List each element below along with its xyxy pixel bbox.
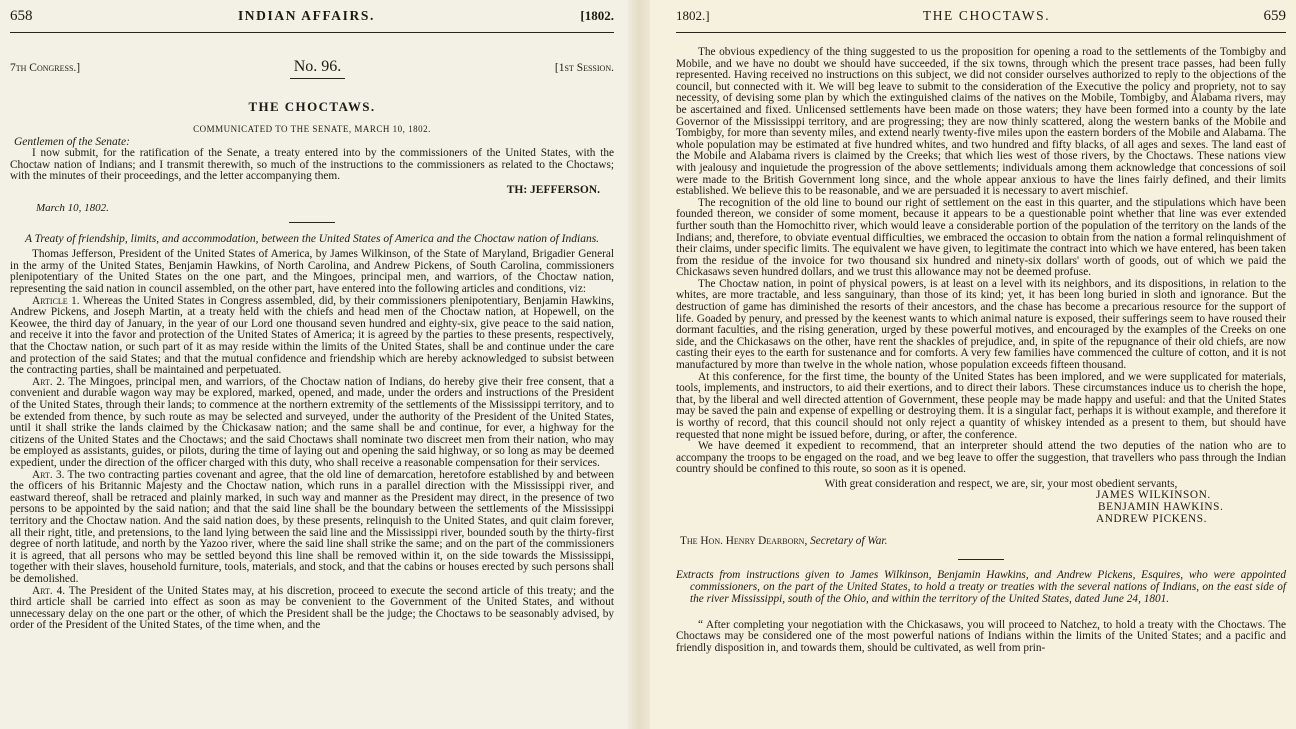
article-text: The two contracting parties covenant and… (10, 469, 614, 585)
addressee: The Hon. Henry Dearborn, Secretary of Wa… (680, 535, 1286, 547)
right-page: 1802.] THE CHOCTAWS. 659 The obvious exp… (650, 0, 1296, 729)
page-number: 658 (10, 8, 33, 25)
left-running-head: 658 INDIAN AFFAIRS. [1802. (10, 0, 614, 30)
article-4: Art. 4. The President of the United Stat… (10, 586, 614, 632)
header-rule (10, 32, 614, 33)
year-mark: 1802.] (676, 8, 710, 24)
letter-paragraph-5: We have deemed it expedient to recommend… (676, 441, 1286, 476)
article-3: Art. 3. The two contracting parties cove… (10, 470, 614, 586)
section-divider (958, 559, 1004, 560)
document-title: THE CHOCTAWS. (10, 99, 614, 115)
article-label: Art. 3. (32, 469, 64, 481)
article-text: Whereas the United States in Congress as… (10, 295, 614, 377)
letter-paragraph-1: The obvious expediency of the thing sugg… (676, 47, 1286, 198)
running-title: INDIAN AFFAIRS. (238, 8, 375, 24)
signatory: ANDREW PICKENS. (1096, 514, 1286, 526)
article-label: Article 1. (32, 295, 80, 307)
treaty-title: A Treaty of friendship, limits, and acco… (10, 233, 614, 246)
right-running-head: 1802.] THE CHOCTAWS. 659 (676, 0, 1286, 30)
article-text: The President of the United States may, … (10, 585, 614, 632)
signature-block: With great consideration and respect, we… (676, 478, 1286, 525)
letter-paragraph-2: The recognition of the old line to bound… (676, 198, 1286, 279)
congress-label: 7th Congress.] (10, 62, 80, 74)
article-2: Art. 2. The Mingoes, principal men, and … (10, 377, 614, 470)
treaty-preamble: Thomas Jefferson, President of the Unite… (10, 249, 614, 295)
article-1: Article 1. Whereas the United States in … (10, 296, 614, 377)
article-label: Art. 4. (32, 585, 65, 597)
letter-paragraph-4: At this conference, for the first time, … (676, 372, 1286, 442)
letter-paragraph-3: The Choctaw nation, in point of physical… (676, 279, 1286, 372)
document-number: No. 96. (290, 58, 346, 79)
signatory: JAMES WILKINSON. (1096, 490, 1286, 502)
article-label: Art. 2. (32, 376, 65, 388)
instruction-quote: “ After completing your negotiation with… (676, 620, 1286, 655)
section-divider (289, 222, 335, 223)
dateline: March 10, 1802. (36, 202, 614, 214)
addressee-title: Secretary of War. (810, 535, 887, 547)
book-spread: 658 INDIAN AFFAIRS. [1802. 7th Congress.… (0, 0, 1296, 729)
addressee-name: The Hon. Henry Dearborn, (680, 535, 807, 547)
session-label: [1st Session. (555, 62, 614, 74)
book-gutter (628, 0, 650, 729)
communicated-line: COMMUNICATED TO THE SENATE, MARCH 10, 18… (10, 124, 614, 134)
session-row: 7th Congress.] No. 96. [1st Session. (10, 57, 614, 79)
running-title: THE CHOCTAWS. (923, 8, 1050, 24)
year-mark: [1802. (580, 8, 614, 24)
article-text: The Mingoes, principal men, and warriors… (10, 376, 614, 469)
presidential-message: I now submit, for the ratification of th… (10, 148, 614, 183)
signatory: BENJAMIN HAWKINS. (1096, 502, 1286, 514)
signatories: JAMES WILKINSON. BENJAMIN HAWKINS. ANDRE… (1096, 490, 1286, 525)
left-page: 658 INDIAN AFFAIRS. [1802. 7th Congress.… (0, 0, 628, 729)
page-number: 659 (1263, 8, 1286, 25)
signature: TH: JEFFERSON. (10, 184, 614, 196)
extract-title: Extracts from instructions given to Jame… (676, 570, 1286, 605)
